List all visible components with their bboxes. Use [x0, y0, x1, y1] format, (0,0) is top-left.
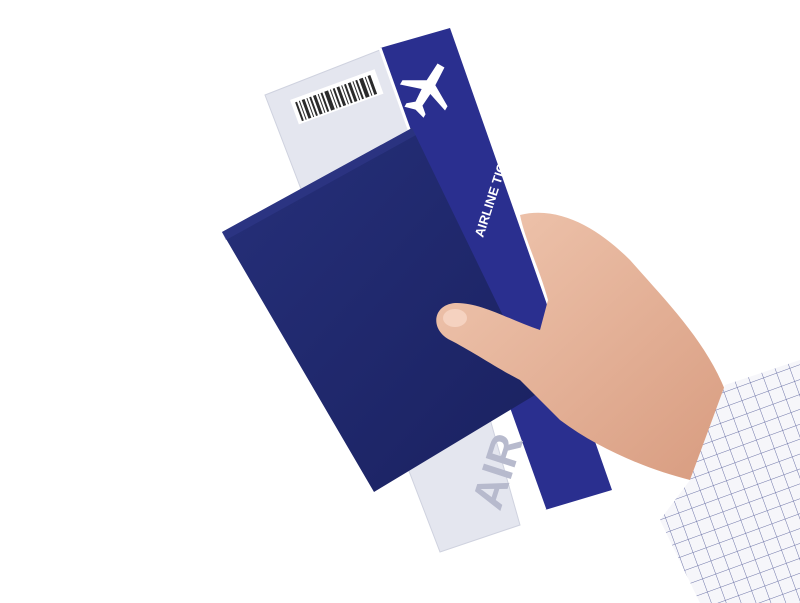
photo-scene: AIRLINE TICKET AIR: [0, 0, 800, 603]
illustration: AIRLINE TICKET AIR: [0, 0, 800, 603]
thumbnail: [443, 309, 467, 327]
